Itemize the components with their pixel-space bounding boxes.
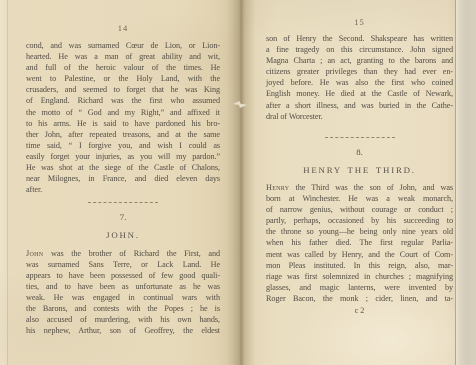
text-line: He was shot at the siege of the Castle o… <box>26 162 220 173</box>
text-line: when his father died. The first regular … <box>266 237 453 248</box>
text-line: went to Palestine, or the Holy Land, wit… <box>26 73 220 84</box>
text-line: to his arms. He is said to have pardoned… <box>26 118 220 129</box>
text-line: after. <box>26 184 220 195</box>
text-line: of narrow genius, without courage or con… <box>266 204 453 215</box>
text-line: Roger Bacon, the monk ; cider, linen, an… <box>266 293 453 304</box>
section-divider <box>325 137 395 138</box>
section-number: 7. <box>26 212 220 223</box>
text-line: the Barons, and contests with the Popes … <box>26 303 220 314</box>
text-line: glasses, and magic lanterns, were invent… <box>266 282 453 293</box>
book-scan: 14 cond, and was surnamed Cœur de Lion, … <box>0 0 476 365</box>
text-line: ment was called by Henry, and the Court … <box>266 249 453 260</box>
text-line: Magna Charta ; an act, granting to the b… <box>266 55 453 66</box>
text-line: born at Winchester. He was a weak monarc… <box>266 193 453 204</box>
left-page-number: 14 <box>26 23 220 33</box>
lead-word: John <box>26 249 43 258</box>
text-line: John was the brother of Richard the Firs… <box>26 248 220 259</box>
text-line: of England. Richard was the first who as… <box>26 95 220 106</box>
lead-word: Henry <box>266 183 289 192</box>
text-line: weak. He was engaged in continual wars w… <box>26 292 220 303</box>
section-title: JOHN. <box>26 230 220 241</box>
section-paragraph: John was the brother of Richard the Firs… <box>26 248 220 337</box>
text-line: hearted. He was a man of great ability a… <box>26 51 220 62</box>
text-line: cond, and was surnamed Cœur de Lion, or … <box>26 40 220 51</box>
section-number: 8. <box>266 147 453 158</box>
text-line: mon Pleas instituted. In this reign, als… <box>266 260 453 271</box>
text-line: near Milognes, in France, and died eleve… <box>26 173 220 184</box>
section-divider <box>88 202 158 203</box>
text-line: his nephew, Arthur, son of Geoffrey, the… <box>26 325 220 336</box>
text-line: joyed before. He was also the first who … <box>266 77 453 88</box>
text-line: was surnamed Sans Terre, or Lack Land. H… <box>26 259 220 270</box>
text-line: time said, “ I forgive you, and wish I c… <box>26 140 220 151</box>
text-line: ties, and to have been as unfortunate as… <box>26 281 220 292</box>
text-line: English money. He died at the Castle of … <box>266 88 453 99</box>
text-line: a fine tragedy on this circumstance. Joh… <box>266 44 453 55</box>
text-line: citizens greater privileges than they ha… <box>266 66 453 77</box>
text-line: the motto of “ God and my Right,” and af… <box>26 107 220 118</box>
continuation-paragraph: cond, and was surnamed Cœur de Lion, or … <box>26 40 220 195</box>
text-line: son of Henry the Second. Shakspeare has … <box>266 33 453 44</box>
text-line: also accused of murdering, with his own … <box>26 314 220 325</box>
text-line: Henry the Third was the son of John, and… <box>266 182 453 193</box>
text-line: easily forget your injuries, as you will… <box>26 151 220 162</box>
text-line: the throne so young—he being only nine y… <box>266 226 453 237</box>
text-line: riage was first solemnized in churches ;… <box>266 271 453 282</box>
signature-mark: c 2 <box>266 305 453 316</box>
text-line: appears to have been possessed of few go… <box>26 270 220 281</box>
text-line: dral of Worcester. <box>266 111 453 122</box>
text-line: and full of the heroic valour of the tim… <box>26 62 220 73</box>
page-edge <box>455 0 476 365</box>
text-line: after a short illness, and was buried in… <box>266 100 453 111</box>
continuation-paragraph: son of Henry the Second. Shakspeare has … <box>266 33 453 122</box>
right-page-number: 15 <box>266 17 453 27</box>
text-line: crusaders, and seemed to forget that he … <box>26 84 220 95</box>
section-paragraph: Henry the Third was the son of John, and… <box>266 182 453 304</box>
text-line: partly, perhaps, occasioned by his succe… <box>266 215 453 226</box>
left-text-block: cond, and was surnamed Cœur de Lion, or … <box>26 40 220 336</box>
section-title: HENRY THE THIRD. <box>266 165 453 176</box>
right-text-block: son of Henry the Second. Shakspeare has … <box>266 33 453 316</box>
text-line: ther John, after repeated treasons, and … <box>26 129 220 140</box>
